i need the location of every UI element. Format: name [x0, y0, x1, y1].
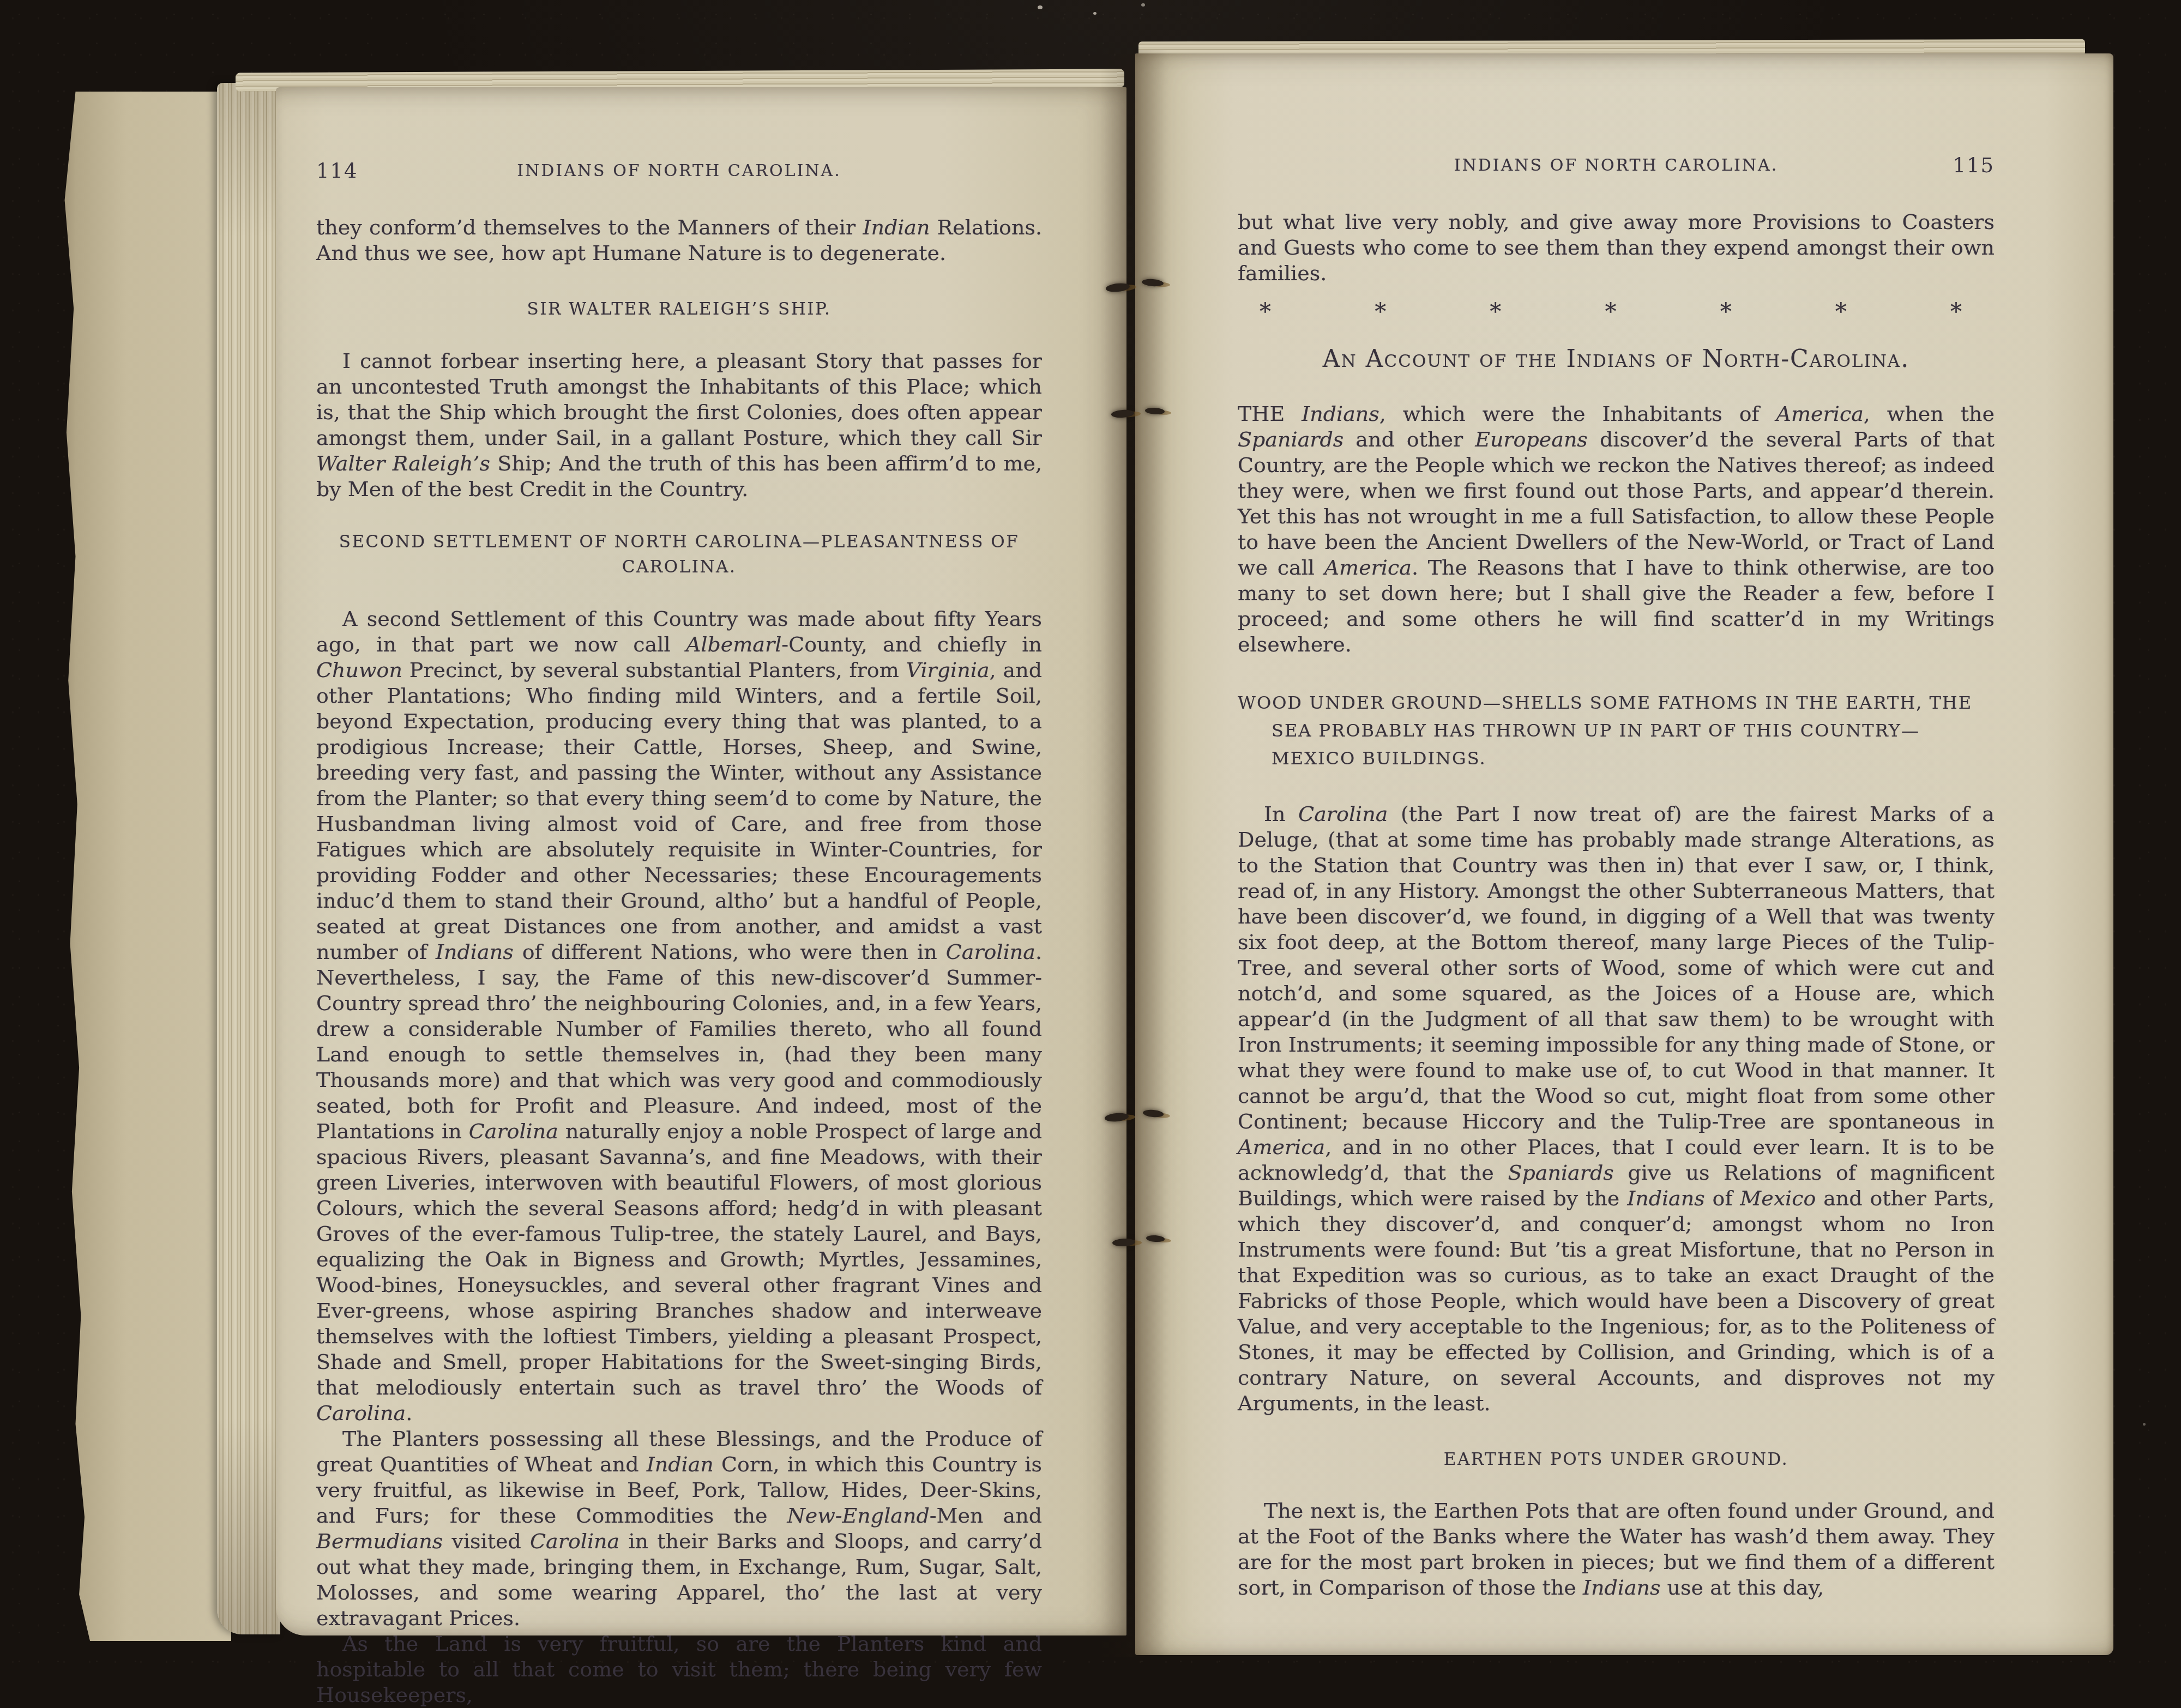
page-edge-stack-left — [217, 83, 280, 1634]
left-page-header: 114 INDIANS OF NORTH CAROLINA. — [316, 161, 1042, 189]
paragraph-planters-blessings: The Planters possessing all these Blessi… — [316, 1426, 1042, 1631]
section-heading-raleighs-ship: SIR WALTER RALEIGH’S SHIP. — [338, 297, 1020, 322]
book-photo-background: 114 INDIANS OF NORTH CAROLINA. they conf… — [0, 0, 2181, 1687]
asterisk: * — [1375, 300, 1386, 323]
asterisk: * — [1950, 300, 1962, 323]
paragraph-earthen-pots: The next is, the Earthen Pots that are o… — [1238, 1498, 1995, 1601]
paragraph-indians-inhabitants: THE Indians, which were the Inhabitants … — [1238, 401, 1995, 657]
asterisk: * — [1490, 300, 1501, 323]
asterisk: * — [1260, 300, 1271, 323]
running-header-right: INDIANS OF NORTH CAROLINA. — [1238, 156, 1995, 175]
right-page: 115 INDIANS OF NORTH CAROLINA. but what … — [1135, 53, 2113, 1655]
section-heading-earthen-pots: EARTHEN POTS UNDER GROUND. — [1260, 1447, 1973, 1472]
paragraph-wood-under-ground: In Carolina (the Part I now treat of) ar… — [1238, 801, 1995, 1416]
dust-speck — [1038, 5, 1043, 9]
section-heading-wood-under-ground: WOOD UNDER GROUND—SHELLS SOME FATHOMS IN… — [1238, 689, 1995, 773]
running-header-left: INDIANS OF NORTH CAROLINA. — [316, 161, 1042, 180]
paragraph-land-fruitful: As the Land is very fruitful, so are the… — [316, 1631, 1042, 1687]
section-heading-second-settlement: SECOND SETTLEMENT OF NORTH CAROLINA—PLEA… — [338, 529, 1020, 580]
asterisk: * — [1720, 300, 1732, 323]
right-page-content: 115 INDIANS OF NORTH CAROLINA. but what … — [1135, 53, 2113, 1655]
paragraph-continuation-left: they conform’d themselves to the Manners… — [316, 215, 1042, 266]
paragraph-raleighs-ship: I cannot forbear inserting here, a pleas… — [316, 348, 1042, 502]
page-number-right: 115 — [1953, 154, 1995, 177]
dust-speck — [2143, 1423, 2146, 1426]
dust-speck — [1093, 12, 1096, 15]
left-page-content: 114 INDIANS OF NORTH CAROLINA. they conf… — [276, 87, 1126, 1635]
asterisk: * — [1835, 300, 1847, 323]
paragraph-second-settlement: A second Settlement of this Country was … — [316, 606, 1042, 1426]
page-number-left: 114 — [316, 159, 358, 183]
asterisk: * — [1605, 300, 1616, 323]
right-page-header: 115 INDIANS OF NORTH CAROLINA. — [1238, 156, 1995, 183]
section-heading-account-of-indians: An Account of the Indians of North-Carol… — [1238, 345, 1995, 373]
asterisk-divider: * * * * * * * — [1260, 300, 1962, 323]
paragraph-continuation-right: but what live very nobly, and give away … — [1238, 209, 1995, 286]
left-page: 114 INDIANS OF NORTH CAROLINA. they conf… — [276, 87, 1126, 1635]
dust-speck — [1141, 3, 1145, 7]
back-cover-deckle-edge — [50, 92, 231, 1641]
